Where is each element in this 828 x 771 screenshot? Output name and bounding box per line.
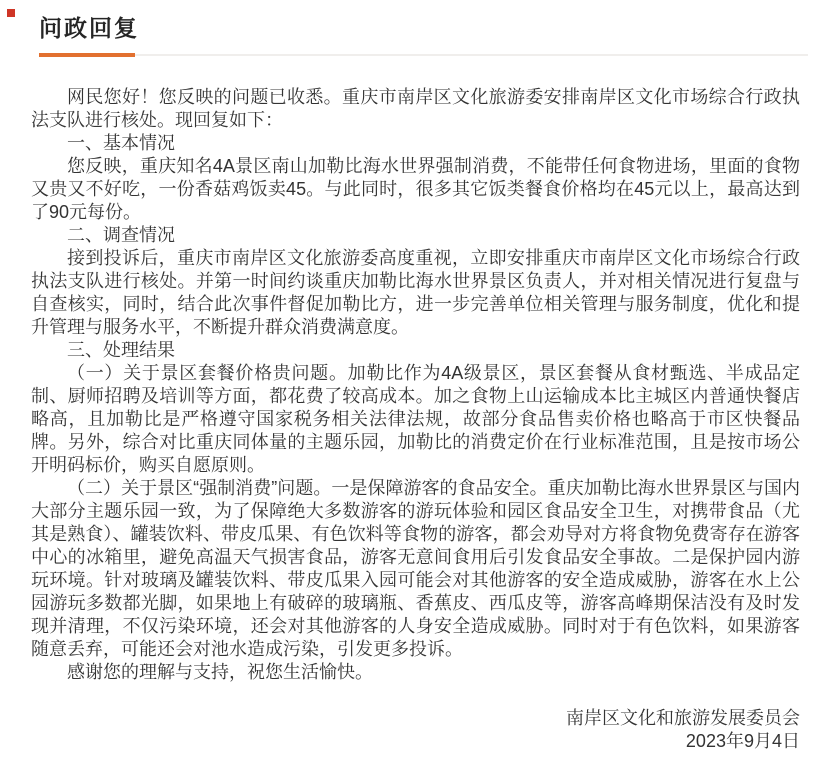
paragraph-price-issue: （一）关于景区套餐价格贵问题。加勒比作为4A级景区，景区套餐从食材甄选、半成品定… (31, 362, 800, 477)
page-header: 问政回复 (39, 13, 808, 56)
paragraph-forced-consumption-issue: （二）关于景区“强制消费”问题。一是保障游客的食品安全。重庆加勒比海水世界景区与… (31, 477, 800, 661)
paragraph-investigation: 接到投诉后，重庆市南岸区文化旅游委高度重视，立即安排重庆市南岸区文化市场综合行政… (31, 247, 800, 339)
section-heading-investigation: 二、调查情况 (31, 224, 800, 247)
section-heading-result: 三、处理结果 (31, 339, 800, 362)
paragraph-complaint-summary: 您反映，重庆知名4A景区南山加勒比海水世界强制消费，不能带任何食物进场，里面的食… (31, 155, 800, 224)
signature-org: 南岸区文化和旅游发展委员会 (31, 707, 800, 730)
reply-page: 问政回复 网民您好！您反映的问题已收悉。重庆市南岸区文化旅游委安排南岸区文化市场… (0, 0, 828, 771)
paragraph-greeting: 网民您好！您反映的问题已收悉。重庆市南岸区文化旅游委安排南岸区文化市场综合行政执… (31, 86, 800, 132)
title-accent-bar (39, 53, 135, 57)
page-title: 问政回复 (39, 13, 808, 43)
signature-date: 2023年9月4日 (31, 730, 800, 753)
section-heading-basic-info: 一、基本情况 (31, 132, 800, 155)
reply-body: 网民您好！您反映的问题已收悉。重庆市南岸区文化旅游委安排南岸区文化市场综合行政执… (0, 56, 828, 753)
red-marker-icon (7, 9, 15, 17)
paragraph-closing-thanks: 感谢您的理解与支持，祝您生活愉快。 (31, 661, 800, 684)
